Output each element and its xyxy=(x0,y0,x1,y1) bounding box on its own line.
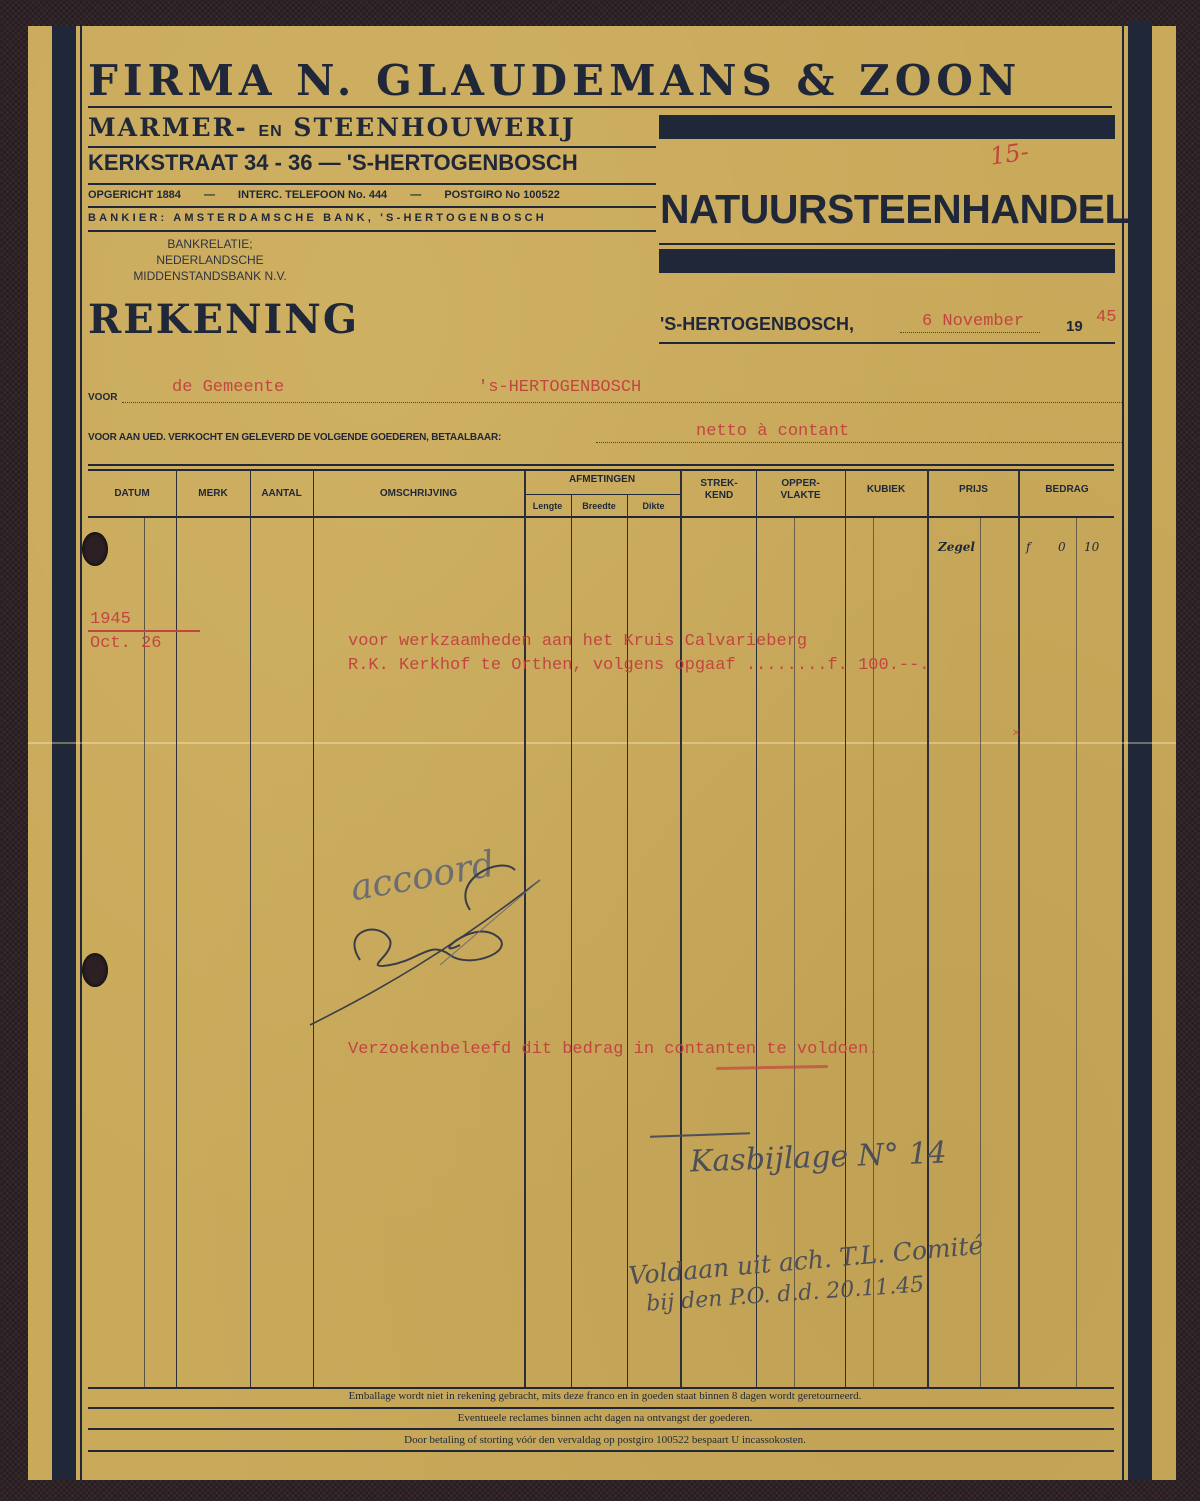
entry-description-1: voor werkzaamheden aan het Kruis Calvari… xyxy=(348,632,807,651)
entry-year: 1945 xyxy=(90,610,131,629)
header-strekkend-1: STREK- xyxy=(682,478,756,490)
header-strekkend-2: KEND xyxy=(682,490,756,502)
header-omschrijving: OMSCHRIJVING xyxy=(313,488,524,500)
header-oppervlakte-1: OPPER- xyxy=(756,478,845,490)
trade-line: MARMER- EN STEENHOUWERIJ xyxy=(88,113,576,142)
footer-claims-note: Eventueele reclames binnen acht dagen na… xyxy=(90,1412,1120,1424)
header-breedte: Breedte xyxy=(571,500,627,512)
recipient-name: de Gemeente xyxy=(172,378,284,397)
column-line xyxy=(680,470,682,1388)
separator: — xyxy=(410,189,421,201)
postgiro: POSTGIRO No 100522 xyxy=(444,189,560,201)
founded: OPGERICHT 1884 xyxy=(88,189,181,201)
entry-underline xyxy=(88,630,200,632)
bank-relation-line: BANKRELATIE; xyxy=(95,236,325,252)
header-datum: DATUM xyxy=(88,488,176,500)
date-dotted-line xyxy=(900,332,1040,333)
header-dikte: Dikte xyxy=(627,500,680,512)
red-check-mark: × xyxy=(1012,726,1020,742)
phone: INTERC. TELEFOON No. 444 xyxy=(238,189,387,201)
rule xyxy=(88,146,656,148)
footer-packaging-note: Emballage wordt niet in rekening gebrach… xyxy=(90,1390,1120,1402)
currency-sign: f xyxy=(1026,540,1030,554)
punch-hole-top xyxy=(82,532,108,566)
decorative-bar-bottom xyxy=(659,249,1115,273)
footer-rule xyxy=(88,1407,1114,1409)
header-oppervlakte-2: VLAKTE xyxy=(756,490,845,502)
sub-column-line xyxy=(1076,518,1077,1388)
header-kubiek: KUBIEK xyxy=(845,484,927,496)
header-lengte: Lengte xyxy=(524,500,571,512)
rule xyxy=(659,342,1115,344)
stamp-guilders: 0 xyxy=(1058,540,1066,554)
column-line xyxy=(176,470,177,1388)
rule xyxy=(88,106,1112,108)
footer-payment-note: Door betaling of storting vóór den verva… xyxy=(90,1434,1120,1446)
trade-second: STEENHOUWERIJ xyxy=(293,113,575,142)
banker: BANKIER: AMSTERDAMSCHE BANK, 'S-HERTOGEN… xyxy=(88,212,547,224)
header-merk: MERK xyxy=(176,488,250,500)
terms-label: VOOR AAN UED. VERKOCHT EN GELEVERD DE VO… xyxy=(88,432,501,443)
header-afmetingen: AFMETINGEN xyxy=(524,474,680,486)
column-line xyxy=(250,470,251,1388)
company-info: OPGERICHT 1884 — INTERC. TELEFOON No. 44… xyxy=(88,189,560,201)
punch-hole-bottom xyxy=(82,953,108,987)
bank-relation-stamp: BANKRELATIE; NEDERLANDSCHE MIDDENSTANDSB… xyxy=(95,236,325,284)
voor-label: VOOR xyxy=(88,392,117,403)
header-bedrag: BEDRAG xyxy=(1020,484,1114,496)
separator: — xyxy=(204,189,215,201)
right-border-rule xyxy=(1122,22,1124,1480)
voor-dotted-line xyxy=(122,402,1122,403)
decorative-bar-top xyxy=(659,115,1115,139)
bank-relation-line: MIDDENSTANDSBANK N.V. xyxy=(95,268,325,284)
red-annotation: 15- xyxy=(988,137,1030,170)
fold-crease xyxy=(28,742,1176,744)
invoice-date: 6 November xyxy=(922,312,1024,331)
entry-date: Oct. 26 xyxy=(90,634,161,653)
header-strekkend: STREK- KEND xyxy=(682,478,756,502)
stamp-duty-label: Zegel xyxy=(938,540,975,554)
bank-relation-line: NEDERLANDSCHE xyxy=(95,252,325,268)
address: KERKSTRAAT 34 - 36 — 'S-HERTOGENBOSCH xyxy=(88,150,578,176)
column-line xyxy=(1018,470,1020,1388)
year-suffix: 45 xyxy=(1096,308,1116,327)
footer-rule xyxy=(88,1428,1114,1430)
trade-en: EN xyxy=(258,123,282,140)
stamp-cents: 10 xyxy=(1084,540,1099,554)
column-line xyxy=(627,494,628,1388)
header-oppervlakte: OPPER- VLAKTE xyxy=(756,478,845,502)
column-line xyxy=(571,494,572,1388)
entry-description-2: R.K. Kerkhof te Orthen, volgens opgaaf .… xyxy=(348,656,930,675)
table-header-rule xyxy=(88,516,1114,518)
specialty-title: NATUURSTEENHANDEL xyxy=(660,186,1129,233)
firm-name: FIRMA N. GLAUDEMANS & ZOON xyxy=(88,56,1021,105)
rule xyxy=(88,230,656,232)
payment-terms: netto à contant xyxy=(696,422,849,441)
recipient-city: 's-HERTOGENBOSCH xyxy=(478,378,641,397)
year-prefix: 19 xyxy=(1066,318,1083,335)
rule xyxy=(88,183,656,185)
terms-dotted-line xyxy=(596,442,1122,443)
left-border-band xyxy=(52,26,76,1480)
signature-icon xyxy=(300,820,560,1040)
table-top-rule xyxy=(88,469,1114,471)
left-border-rule xyxy=(80,26,82,1480)
afmetingen-divider xyxy=(524,494,680,495)
header-aantal: AANTAL xyxy=(250,488,313,500)
header-prijs: PRIJS xyxy=(929,484,1018,496)
rule xyxy=(659,243,1115,245)
invoice-title: REKENING xyxy=(88,296,359,343)
rule xyxy=(88,206,656,208)
trade-main: MARMER- xyxy=(88,113,248,142)
table-bottom-rule xyxy=(88,1387,1114,1389)
footer-rule xyxy=(88,1450,1114,1452)
place-label: 'S-HERTOGENBOSCH, xyxy=(660,314,854,335)
right-border-band xyxy=(1128,22,1152,1480)
payment-request: Verzoekenbeleefd dit bedrag in contanten… xyxy=(348,1040,879,1059)
table-top-rule xyxy=(88,464,1114,466)
